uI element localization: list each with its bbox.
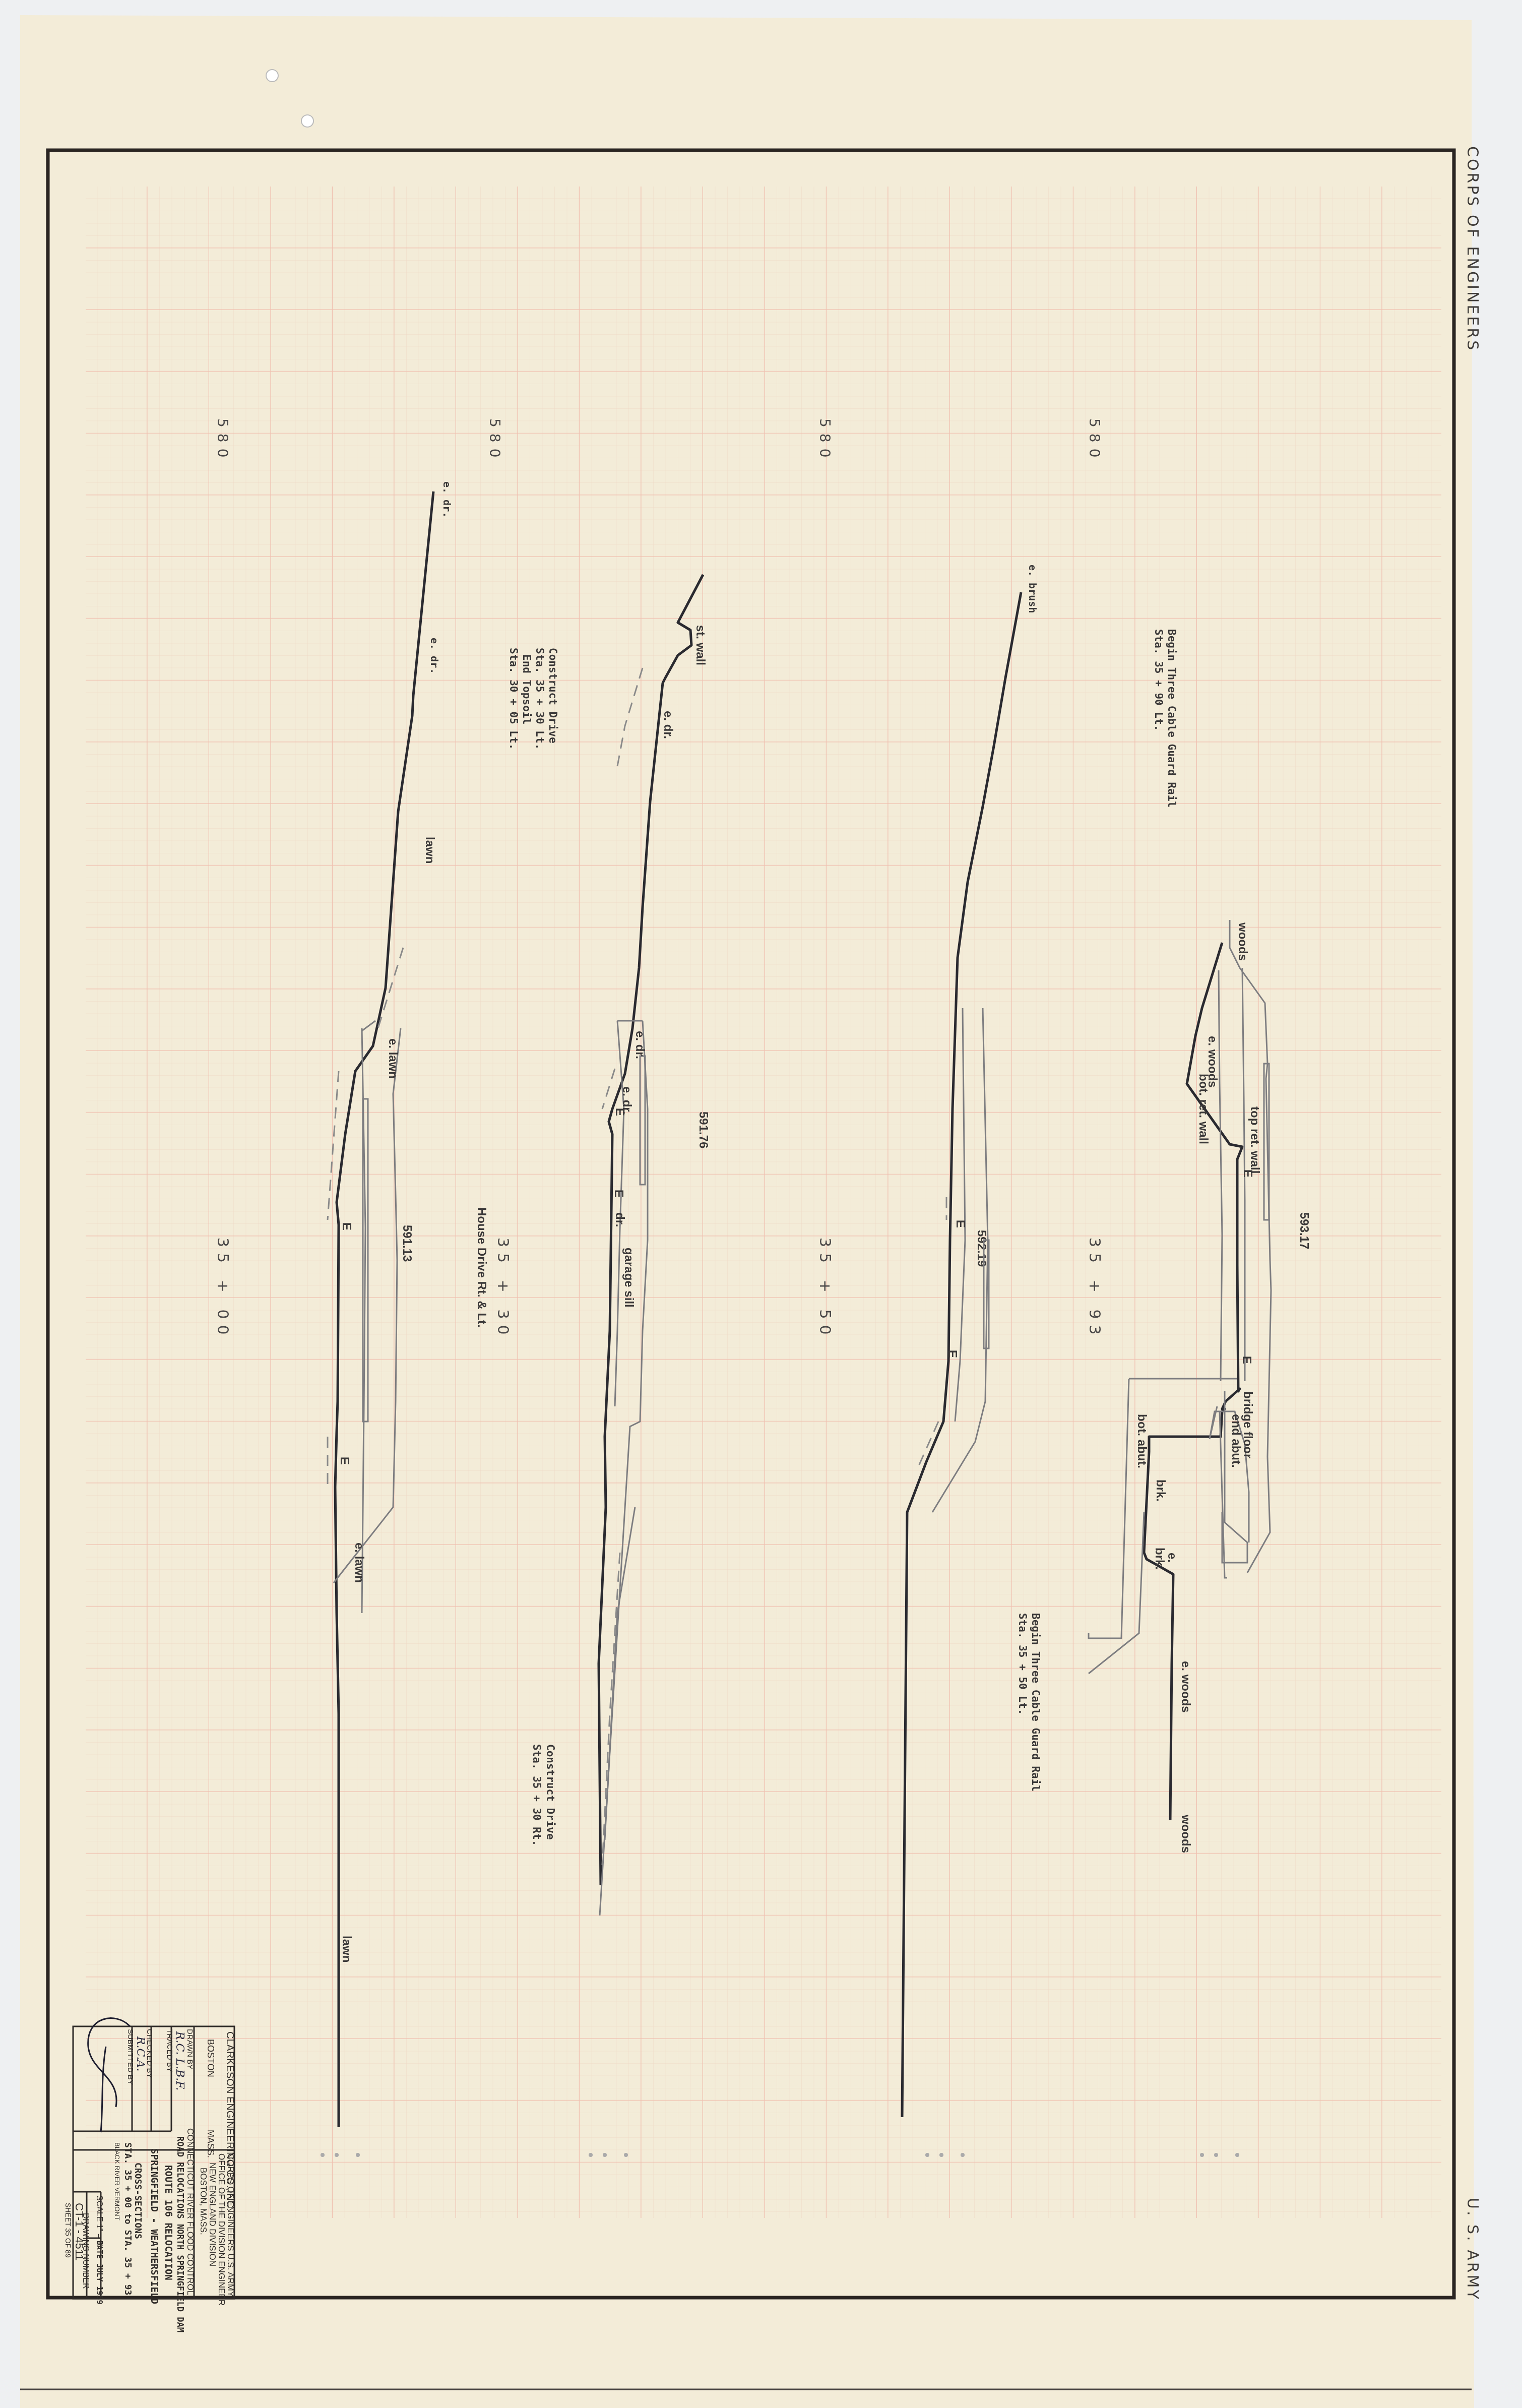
date: DATE JULY 1959: [95, 2241, 104, 2304]
station-label: 35 + 30: [494, 1238, 512, 1341]
grade-elevation: 593.17: [1297, 1212, 1311, 1249]
label-e-lawn: e. lawn: [386, 1038, 400, 1079]
label-end-abut: end abut.: [1229, 1414, 1243, 1468]
drawing-sheet: CORPS OF ENGINEERS U. S. ARMY 580 35 + 0…: [0, 0, 1522, 2408]
scale: SCALE 1" = 5': [95, 2195, 103, 2247]
grade-elevation: 592.19: [975, 1230, 988, 1267]
grade-elevation: 591.13: [400, 1225, 414, 1262]
note-line: Sta. 35 + 30 Rt.: [531, 1744, 543, 1846]
note-line: Sta. 30 + 05 Lt.: [508, 648, 520, 750]
label-e-woods: e. woods: [1179, 1661, 1192, 1713]
elevation-ref: 580: [1086, 418, 1103, 463]
note-line: Construct Drive: [544, 1744, 556, 1840]
project-line-2: ROAD RELOCATIONS NORTH SPRINGFIELD DAM: [175, 2136, 185, 2332]
firm-state: MASS.: [206, 2130, 216, 2158]
elevation-ref: 580: [214, 418, 231, 463]
drawn-by-label: DRAWN BY: [185, 2029, 194, 2069]
label-e: e.: [1165, 1553, 1179, 1563]
sublabel-house-drive: House Drive Rt. & Lt.: [475, 1207, 488, 1328]
label-E: E: [613, 1108, 626, 1116]
note-line: Begin Three Cable Guard Rail: [1030, 1613, 1042, 1792]
firm-city: BOSTON: [206, 2039, 216, 2077]
label-dr: dr.: [613, 1212, 626, 1227]
label-E: E: [1240, 1356, 1253, 1364]
station-label: 35 + 93: [1086, 1238, 1103, 1341]
project-line-3: ROUTE 106 RELOCATION: [163, 2165, 174, 2280]
label-e-dr: e. dr.: [633, 1031, 647, 1059]
agency-line-2: OFFICE OF THE DIVISION ENGINEER: [217, 2153, 226, 2306]
label-st-wall: st. wall: [693, 625, 707, 665]
label-e-brush: e. brush: [1027, 565, 1039, 613]
label-brk: brk.: [1154, 1479, 1167, 1502]
label-E: E: [340, 1222, 353, 1230]
project-line-4: SPRINGFIELD - WEATHERSFIELD: [149, 2148, 160, 2304]
label-e-lawn: e. lawn: [352, 1542, 366, 1583]
sheet-number: SHEET 35 OF 89: [64, 2203, 72, 2258]
margin-title-corps: CORPS OF ENGINEERS: [1464, 146, 1481, 352]
project-line-6: STA. 35 + 00 to STA. 35 + 93: [122, 2142, 133, 2295]
label-E: E: [338, 1457, 351, 1465]
label-bot-ret-wall: bot. ret. wall: [1196, 1074, 1210, 1144]
agency-line-4: BOSTON, MASS.: [199, 2168, 208, 2235]
margin-title-army: U. S. ARMY: [1464, 2198, 1481, 2301]
note-line: Construct Drive: [547, 648, 559, 744]
project-line-1: CONNECTICUT RIVER FLOOD CONTROL: [185, 2128, 195, 2295]
traced-by-label: TRACED BY: [165, 2029, 174, 2072]
label-brk: brk.: [1153, 1548, 1166, 1570]
label-E: E: [1241, 1169, 1254, 1178]
station-label: 35 + 00: [214, 1238, 231, 1341]
label-top-ret-wall: top ret. wall: [1248, 1106, 1261, 1174]
drawn-by-initials: R.C. L.B.F.: [173, 2031, 186, 2090]
agency-line-3: NEW ENGLAND DIVISION: [208, 2163, 217, 2266]
note-line: Sta. 35 + 50 Lt.: [1017, 1613, 1029, 1715]
label-e-dr: e. dr.: [428, 638, 440, 674]
submitted-by-label: SUBMITTED BY: [126, 2029, 135, 2085]
drawing-number: CT-1 - 4511: [73, 2203, 86, 2261]
label-e-dr: e. dr.: [441, 481, 453, 518]
note-line: End Topsoil: [521, 654, 533, 724]
label-lawn: lawn: [340, 1936, 353, 1962]
grade-elevation: 591.76: [696, 1112, 710, 1148]
label-E: E: [954, 1220, 967, 1228]
label-e-dr: e. dr.: [661, 711, 675, 739]
note-line: Sta. 35 + 90 Lt.: [1153, 629, 1165, 731]
project-line-5: CROSS-SECTIONS: [133, 2163, 143, 2239]
label-E: E: [612, 1190, 625, 1198]
punch-hole: [301, 115, 313, 127]
elevation-ref: 580: [486, 418, 503, 463]
label-garage-sill: garage sill: [622, 1248, 636, 1308]
project-line-7: BLACK RIVER VERMONT: [113, 2142, 121, 2220]
checked-by-initials: R.C.A.: [134, 2036, 147, 2071]
station-label: 35 + 50: [816, 1238, 834, 1341]
label-woods: woods: [1236, 922, 1249, 961]
agency-line-1: CORPS OF ENGINEERS U.S. ARMY: [226, 2153, 235, 2297]
label-bot-abut: bot. abut.: [1135, 1414, 1149, 1468]
note-line: Begin Three Cable Guard Rail: [1166, 629, 1178, 808]
label-woods: woods: [1179, 1814, 1192, 1853]
label-E: E: [945, 1350, 959, 1358]
note-line: Sta. 35 + 30 Lt.: [534, 648, 546, 750]
label-lawn: lawn: [423, 837, 436, 863]
punch-hole: [266, 70, 278, 82]
elevation-ref: 580: [816, 418, 833, 463]
